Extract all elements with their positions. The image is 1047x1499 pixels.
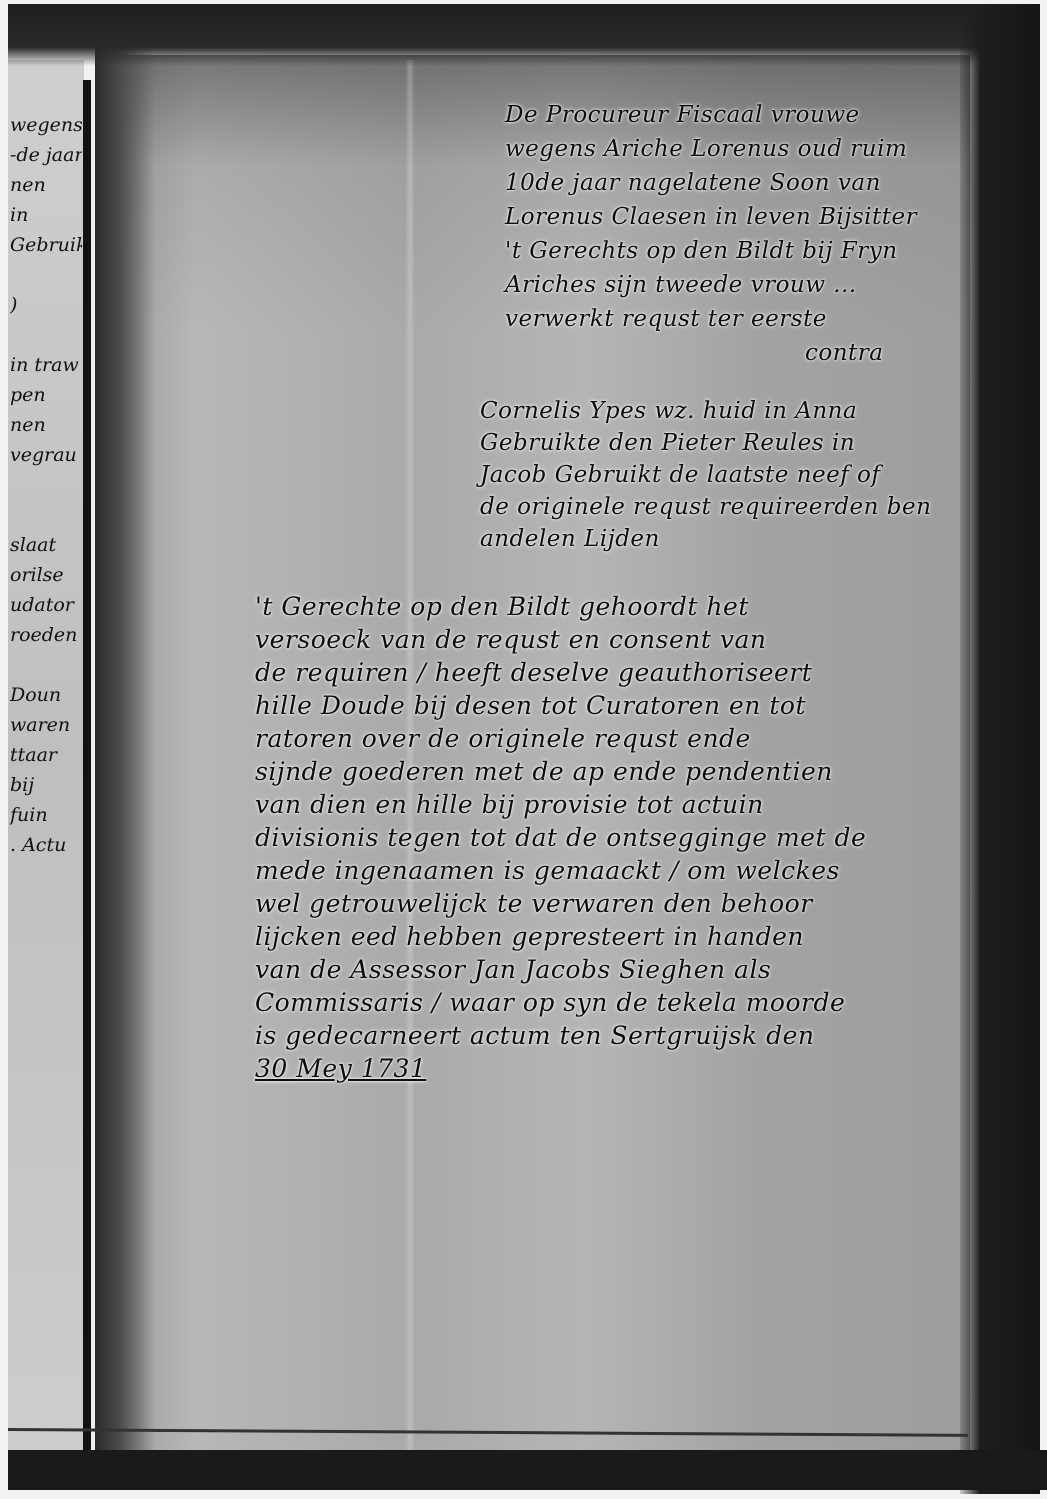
handwritten-line: van de Assessor Jan Jacobs Sieghen als	[255, 953, 866, 986]
handwritten-line: ratoren over de originele requst ende	[255, 722, 866, 755]
gutter-shadow	[95, 4, 155, 1454]
handwritten-line: 't Gerechte op den Bildt gehoordt het	[255, 590, 866, 623]
handwritten-line: van dien en hille bij provisie tot actui…	[255, 788, 866, 821]
handwritten-line: 10de jaar nagelatene Soon van	[505, 166, 917, 200]
margin-line: orilse	[10, 564, 64, 586]
handwritten-line: 't Gerechts op den Bildt bij Fryn	[505, 234, 917, 268]
binding-rule-highlight	[91, 80, 94, 1460]
handwritten-line: hille Doude bij desen tot Curatoren en t…	[255, 689, 866, 722]
margin-line: Doun	[10, 684, 61, 706]
margin-line: in traw	[10, 354, 79, 376]
handwritten-line: De Procureur Fiscaal vrouwe	[505, 98, 917, 132]
margin-line: roeden	[10, 624, 77, 646]
entry-2-defendants: Cornelis Ypes wz. huid in Anna Gebruikte…	[480, 395, 931, 555]
handwritten-line: de requiren / heeft deselve geauthorisee…	[255, 656, 866, 689]
margin-line: Gebruike	[10, 234, 82, 256]
binding-rule-line	[83, 80, 91, 1460]
handwritten-line: versoeck van de requst en consent van	[255, 623, 866, 656]
margin-line: -de jaar	[10, 144, 82, 166]
margin-line: slaat	[10, 534, 56, 556]
handwritten-line: Gebruikte den Pieter Reules in	[480, 427, 931, 459]
handwritten-line: wel getrouwelijck te verwaren den behoor	[255, 887, 866, 920]
scan-border-top	[8, 4, 1038, 66]
margin-line: nen	[10, 414, 46, 436]
handwritten-line: is gedecarneert actum ten Sertgruijsk de…	[255, 1019, 866, 1052]
handwritten-line: de originele requst requireerden ben	[480, 491, 931, 523]
margin-line: udator	[10, 594, 74, 616]
handwritten-line: Jacob Gebruikt de laatste neef of	[480, 459, 931, 491]
handwritten-line: divisionis tegen tot dat de ontsegginge …	[255, 821, 866, 854]
handwritten-line: lijcken eed hebben gepresteert in handen	[255, 920, 866, 953]
left-margin-text: wegens -de jaar nen in Gebruike ) in tra…	[10, 110, 82, 860]
handwritten-line: andelen Lijden	[480, 523, 931, 555]
margin-line: wegens	[10, 114, 82, 136]
scan-border-bottom	[8, 1450, 1047, 1490]
margin-line: waren	[10, 714, 70, 736]
handwritten-line: sijnde goederen met de ap ende pendentie…	[255, 755, 866, 788]
handwritten-line: verwerkt requst ter eerste	[505, 302, 917, 336]
margin-line: ttaar	[10, 744, 57, 766]
handwritten-line: Lorenus Claesen in leven Bijsitter	[505, 200, 917, 234]
contra-label: contra	[505, 336, 917, 370]
margin-line: vegrau	[10, 444, 77, 466]
margin-line: nen	[10, 174, 46, 196]
margin-line: in	[10, 204, 28, 226]
margin-line: pen	[10, 384, 46, 406]
margin-line: bij	[10, 774, 34, 796]
handwritten-line: wegens Ariche Lorenus oud ruim	[505, 132, 917, 166]
handwritten-line: mede ingenaamen is gemaackt / om welckes	[255, 854, 866, 887]
entry-3-court-ruling: 't Gerechte op den Bildt gehoordt het ve…	[255, 590, 866, 1085]
document-date: 30 Mey 1731	[255, 1052, 866, 1085]
scan-border-right	[960, 4, 1040, 1494]
margin-line: . Actu	[10, 834, 66, 856]
margin-line: )	[10, 294, 17, 316]
handwritten-line: Commissaris / waar op syn de tekela moor…	[255, 986, 866, 1019]
handwritten-line: Ariches sijn tweede vrouw ...	[505, 268, 917, 302]
entry-1-heading: De Procureur Fiscaal vrouwe wegens Arich…	[505, 98, 917, 370]
scanned-page-image: wegens -de jaar nen in Gebruike ) in tra…	[0, 0, 1047, 1499]
margin-line: fuin	[10, 804, 48, 826]
handwritten-line: Cornelis Ypes wz. huid in Anna	[480, 395, 931, 427]
